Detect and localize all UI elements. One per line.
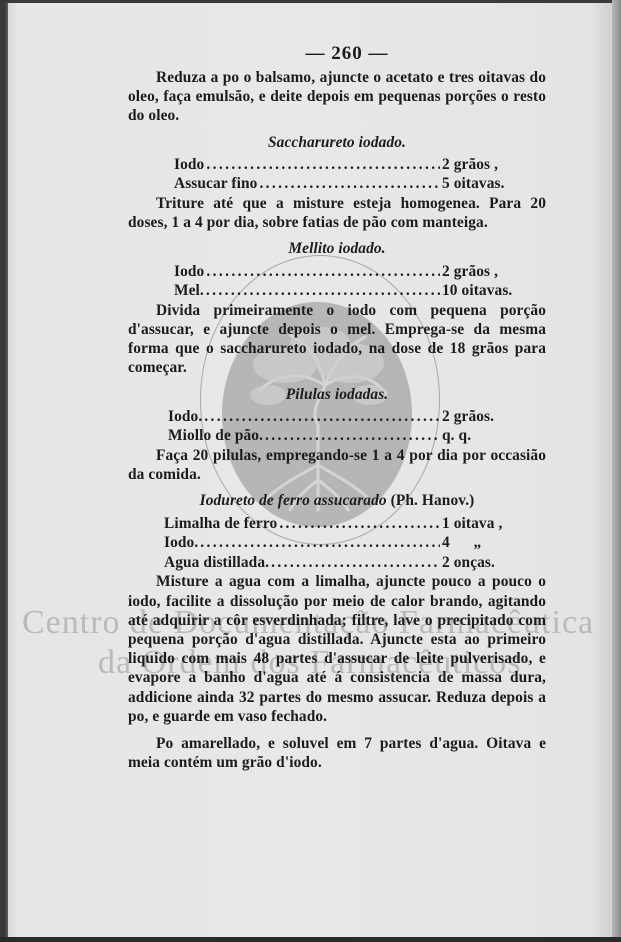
leader-dots bbox=[271, 553, 440, 573]
ingredient-row: Iodo 2 grãos , bbox=[128, 155, 546, 175]
ingredient-row: Assucar fino 5 oitavas. bbox=[128, 174, 546, 194]
intro-paragraph: Reduza a po o balsamo, ajuncte o acetato… bbox=[128, 68, 546, 126]
ingredient-qty: 1 oitava , bbox=[442, 514, 546, 534]
ingredient-row: Mel. 10 oitavas. bbox=[128, 281, 546, 301]
ingredient-qty: 2 grãos , bbox=[442, 262, 546, 282]
ingredient-qty: q. q. bbox=[442, 426, 546, 446]
ingredient-name: Mel. bbox=[174, 281, 204, 301]
instructions: Misture a agua com a limalha, ajuncte po… bbox=[128, 572, 546, 726]
ingredient-row: Limalha de ferro 1 oitava , bbox=[128, 514, 546, 534]
scanned-page-view: Centro de Documentação Farmacêutica da O… bbox=[0, 0, 621, 942]
leader-dots bbox=[206, 281, 440, 301]
section-title: Saccharureto iodado. bbox=[128, 133, 546, 152]
section-title: Pilulas iodadas. bbox=[128, 385, 546, 404]
instructions: Faça 20 pilulas, empregando-se 1 a 4 por… bbox=[128, 446, 546, 484]
ingredient-qty: 10 oitavas. bbox=[442, 281, 546, 301]
leader-dots bbox=[206, 155, 440, 175]
ingredient-row: Agua distillada. 2 onças. bbox=[128, 553, 546, 573]
ingredient-qty: 2 grãos. bbox=[442, 407, 546, 427]
leader-dots bbox=[259, 174, 440, 194]
leader-dots bbox=[206, 262, 440, 282]
ingredient-name: Limalha de ferro bbox=[164, 514, 277, 534]
ingredient-qty: 2 onças. bbox=[442, 553, 546, 573]
ingredient-qty: 2 grãos , bbox=[442, 155, 546, 175]
instructions: Triture até que a misture esteja homogen… bbox=[128, 194, 546, 232]
ingredient-qty: 4 „ bbox=[442, 533, 546, 553]
ingredient-name: Assucar fino bbox=[174, 174, 257, 194]
ingredient-qty: 5 oitavas. bbox=[442, 174, 546, 194]
scan-bottom-edge bbox=[0, 937, 621, 942]
section-title: Mellito iodado. bbox=[128, 239, 546, 258]
leader-dots bbox=[200, 533, 440, 553]
pharmacopoeia-reference: (Ph. Hanov.) bbox=[391, 492, 475, 509]
ingredient-name: Miollo de pão. bbox=[168, 426, 263, 446]
ingredient-name: Iodo. bbox=[168, 407, 202, 427]
ingredient-name: Iodo. bbox=[164, 533, 198, 553]
leader-dots bbox=[279, 514, 440, 534]
leader-dots bbox=[265, 426, 440, 446]
ingredient-row: Iodo 2 grãos , bbox=[128, 262, 546, 282]
ingredient-row: Miollo de pão. q. q. bbox=[128, 426, 546, 446]
instructions: Divida primeiramente o iodo com pequena … bbox=[128, 301, 546, 378]
page-content: — 260 — Reduza a po o balsamo, ajuncte o… bbox=[128, 42, 546, 772]
page-number: — 260 — bbox=[148, 42, 546, 66]
note: Po amarellado, e soluvel em 7 partes d'a… bbox=[128, 734, 546, 772]
ingredient-row: Iodo. 2 grãos. bbox=[128, 407, 546, 427]
section-title: Iodureto de ferro assucarado (Ph. Hanov.… bbox=[128, 491, 546, 510]
ingredient-name: Iodo bbox=[174, 262, 204, 282]
section-title-text: Iodureto de ferro assucarado bbox=[200, 492, 387, 509]
ingredient-row: Iodo. 4 „ bbox=[128, 533, 546, 553]
ingredient-name: Iodo bbox=[174, 155, 204, 175]
book-gutter bbox=[612, 0, 621, 942]
leader-dots bbox=[204, 407, 440, 427]
ingredient-name: Agua distillada. bbox=[164, 553, 269, 573]
